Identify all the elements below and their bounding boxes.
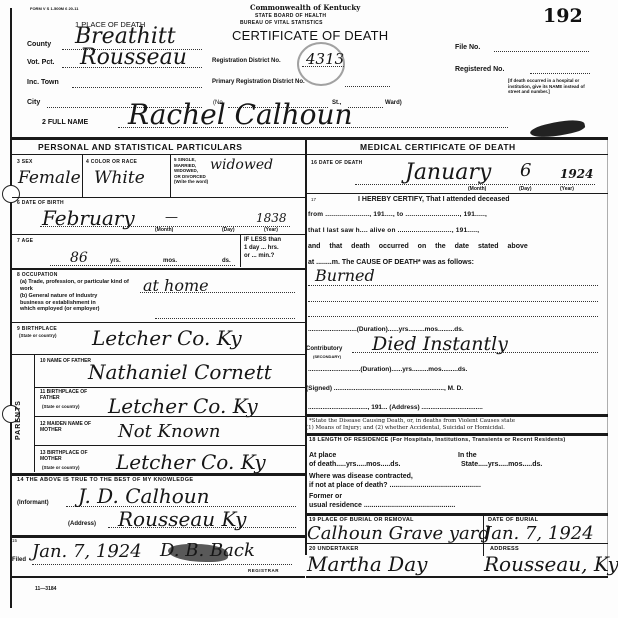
occupation-b-line: which employed (or employer) [20,306,99,313]
row-divider-heavy [306,513,608,516]
row-divider [34,445,305,446]
left-border [10,8,12,608]
informant-address-value: Rousseau Ky [118,507,246,531]
in-the-label: In the [458,452,477,459]
race-divider [170,155,171,197]
usual-residence-line: usual residence ........................… [309,502,455,509]
mother-maiden-label: 12 MAIDEN NAME OF MOTHER [40,421,110,433]
former-residence-label: Former or [309,493,342,500]
month-caption: (Month) [155,227,173,233]
city-label: City [27,99,40,106]
footer-code: 11—3184 [35,586,56,592]
father-name-label: 10 NAME OF FATHER [40,358,95,364]
birthplace-label: 9 BIRTHPLACE [17,326,57,332]
filed-number: 15 [12,538,17,543]
if-less-line: IF LESS than [244,236,281,244]
full-name-label: 2 FULL NAME [42,119,88,126]
race-value: White [94,168,145,188]
informant-statement: 14 THE ABOVE IS TRUE TO THE BEST OF MY K… [17,477,193,483]
marital-status-label: 5 SINGLE, MARRIED, WIDOWED, OR DIVORCED … [174,157,208,185]
medical-section-title: MEDICAL CERTIFICATE OF DEATH [360,142,516,152]
inc-town-line [72,87,202,88]
inc-town-label: Inc. Town [27,79,59,86]
burial-place-value: Calhoun Grave yard [307,523,490,544]
registrar-label: REGISTRAR [248,568,279,573]
age-years-value: 86 [70,250,88,266]
birthplace-sub: (State or country) [19,333,57,338]
cause-line-1 [308,285,598,286]
death-occurred-line: and that death occurred on the date stat… [308,243,528,250]
divider-top [12,137,608,140]
footnote-line-2: (1) Means of Injury; and (2) whether Acc… [306,425,505,431]
dod-year-caption: (Year) [560,186,574,192]
county-label: County [27,41,51,48]
parents-label: PARENTS [15,400,22,440]
physician-address-line: ................................., 191..… [308,404,483,411]
sex-divider [82,155,83,197]
row-divider [12,234,305,235]
contributory-line [352,352,598,353]
certificate-title: CERTIFICATE OF DEATH [232,28,388,43]
of-death-line: of death.....yrs.....mos.....ds. [309,461,400,468]
if-less-line: or ... min.? [244,252,281,260]
age-label: 7 AGE [17,238,33,244]
residence-label: 18 LENGTH OF RESIDENCE (For Hospitals, I… [309,437,599,444]
row-divider [12,322,305,323]
if-less-line: 1 day ... hrs. [244,244,281,252]
informant-address-label: (Address) [68,521,96,527]
marital-status-value: widowed [210,157,273,173]
last-saw-line: that I last saw h.... alive on .........… [308,227,479,234]
burial-date-value: Jan. 7, 1924 [484,523,594,544]
race-label: 4 COLOR OR RACE [86,159,137,165]
row-divider [12,354,305,355]
vot-pct-value: Rousseau [80,45,187,70]
registered-no-label: Registered No. [455,66,504,73]
row-divider [306,543,608,544]
filed-label: Filed [12,557,26,563]
occupation-b-label: (b) General nature of industry business … [20,293,99,313]
occupation-b-line: (b) General nature of industry [20,293,99,300]
father-birthplace-label: 11 BIRTHPLACE OF FATHER [40,389,100,401]
row-divider [34,416,305,417]
parents-divider [34,354,35,472]
employer-line [155,318,295,319]
mos-label: mos. [163,258,177,264]
row-divider [34,387,305,388]
death-certificate: FORM V S 1-500M 6 20-11 Commonwealth of … [0,0,618,618]
if-less-divider [240,234,241,267]
ward-label: Ward) [385,100,402,106]
undertaker-address-value: Rousseau, Ky [484,552,618,576]
file-no-line [494,51,589,52]
registered-no-line [530,73,590,74]
dod-day-caption: (Day) [519,186,532,192]
ward-line [348,107,383,108]
dod-month-caption: (Month) [468,186,486,192]
row-divider [12,268,305,270]
row-divider-heavy [306,414,608,417]
duration-line-1: ...........................(Duration)...… [308,326,464,333]
ds-label: ds. [222,258,231,264]
father-birthplace-value: Letcher Co. Ky [108,394,258,418]
mother-birthplace-value: Letcher Co. Ky [116,450,266,474]
bureau-heading: BUREAU OF VITAL STATISTICS [240,20,323,26]
if-less-note: IF LESS than 1 day ... hrs. or ... min.? [244,236,281,260]
heading-underline [12,154,608,155]
right-border [607,137,608,577]
registrar-signature: D. B. Back [160,540,255,561]
at-place-label: At place [309,452,336,459]
day-caption: (Day) [222,227,235,233]
sex-value: Female [18,168,81,188]
not-at-place-line: if not at place of death? ..............… [309,482,481,489]
row-divider [306,193,608,194]
state-residence-line: State.....yrs.....mos.....ds. [461,461,542,468]
marital-line: (Write the word) [174,179,208,185]
secondary-label: (SECONDARY) [313,354,341,359]
registration-district-label: Registration District No. [212,58,281,64]
primary-registration-label: Primary Registration District No. [212,79,305,85]
certify-text: I HEREBY CERTIFY, That I attended deceas… [358,196,510,203]
cause-of-death-value: Burned [315,266,375,285]
dod-day: 6 [520,160,531,181]
state-board-heading: STATE BOARD OF HEALTH [255,13,326,19]
mother-birthplace-sub: (State or country) [42,465,80,470]
primary-registration-line [345,86,390,87]
vot-pct-label: Vot. Pct. [27,59,54,66]
father-name-value: Nathaniel Cornett [88,360,272,384]
contributory-label: Contributory [306,346,342,352]
row-divider-heavy [12,473,305,476]
file-no-label: File No. [455,44,480,51]
cause-line-2 [308,301,598,302]
dod-month: January [405,160,491,185]
bottom-divider [306,576,608,578]
filed-line [32,564,292,565]
attended-from-line: from ......................, 191...., to… [308,211,487,218]
signed-line: (Signed) ...............................… [306,385,463,392]
form-code: FORM V S 1-500M 6 20-11 [30,6,78,11]
cause-line: at ........m. The CAUSE OF DEATH* was as… [308,259,474,266]
duration-line-2: .............................(Duration).… [308,366,467,373]
mother-birthplace-label: 13 BIRTHPLACE OF MOTHER [40,450,100,462]
year-caption: (Year) [264,227,278,233]
informant-value: J. D. Calhoun [78,484,210,508]
dod-label: 16 DATE OF DEATH [311,160,363,166]
dod-line [355,184,595,185]
filed-date-value: Jan. 7, 1924 [32,541,142,562]
occupation-label: 8 OCCUPATION [17,272,58,278]
personal-section-title: PERSONAL AND STATISTICAL PARTICULARS [38,142,242,152]
informant-label: (Informant) [17,500,49,506]
disease-contracted-label: Where was disease contracted, [309,473,413,480]
yrs-label: yrs. [110,258,121,264]
undertaker-value: Martha Day [307,552,427,576]
occupation-a-label: (a) Trade, profession, or particular kin… [20,279,140,292]
father-birthplace-sub: (State or country) [42,404,80,409]
bottom-divider [12,576,305,578]
row-divider-heavy [306,433,608,436]
sex-label: 3 SEX [17,159,33,165]
mother-maiden-value: Not Known [118,421,220,442]
commonwealth-heading: Commonwealth of Kentucky [250,3,360,12]
dod-year: 1924 [560,167,593,181]
hospital-note: [If death occurred in a hospital or inst… [508,78,592,95]
row-divider-heavy [12,535,305,538]
certify-number: 17 [311,197,316,202]
dob-year: 1838 [256,211,287,225]
birthplace-value: Letcher Co. Ky [92,326,242,350]
dob-day: — [165,210,178,225]
cause-line-3 [308,316,598,317]
row-divider [12,197,305,198]
page-number: 192 [543,5,583,27]
footnote-line-1: *State the Disease Causing Death, or, in… [309,418,515,424]
occupation-line [140,292,295,293]
full-name-value: Rachel Calhoun [128,98,353,131]
